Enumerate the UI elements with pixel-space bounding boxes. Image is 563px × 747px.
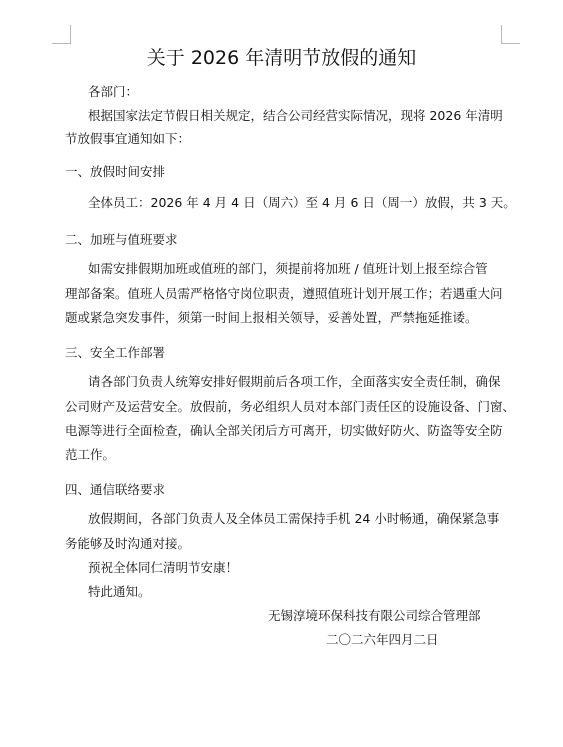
section-body-line: 全体员工：2026 年 4 月 4 日（周六）至 4 月 6 日（周一）放假，共…	[88, 194, 516, 212]
section-body-line: 请各部门负责人统筹安排好假期前后各项工作，全面落实安全责任制，确保	[88, 373, 501, 391]
section-body-line: 电源等进行全面检查，确认全部关闭后方可离开，切实做好防火、防盗等安全防	[65, 422, 503, 440]
document-title: 关于 2026 年清明节放假的通知	[0, 45, 563, 71]
salutation: 各部门：	[88, 83, 138, 101]
section-body-line: 范工作。	[65, 446, 115, 464]
closing-notice: 特此通知。	[88, 583, 151, 601]
intro-line-2: 节放假事宜通知如下：	[65, 130, 190, 148]
section-heading: 一、放假时间安排	[65, 163, 165, 181]
section-heading: 二、加班与值班要求	[65, 231, 178, 249]
signature-date: 二〇二六年四月二日	[326, 631, 439, 649]
intro-line-1: 根据国家法定节假日相关规定，结合公司经营实际情况，现将 2026 年清明	[88, 107, 503, 125]
section-body-line: 如需安排假期加班或值班的部门，须提前将加班 / 值班计划上报至综合管	[88, 260, 488, 278]
section-heading: 三、安全工作部署	[65, 344, 165, 362]
section-body-line: 放假期间，各部门负责人及全体员工需保持手机 24 小时畅通，确保紧急事	[88, 510, 499, 528]
closing-wish: 预祝全体同仁清明节安康！	[88, 559, 238, 577]
section-heading: 四、通信联络要求	[65, 481, 165, 499]
section-body-line: 题或紧急突发事件，须第一时间上报相关领导，妥善处置，严禁拖延推诿。	[65, 309, 478, 327]
section-body-line: 理部备案。值班人员需严格恪守岗位职责，遵照值班计划开展工作；若遇重大问	[65, 285, 503, 303]
section-body-line: 务能够及时沟通对接。	[65, 535, 190, 553]
signature-organization: 无锡淳境环保科技有限公司综合管理部	[268, 607, 481, 625]
section-body-line: 公司财产及运营安全。放假前，务必组织人员对本部门责任区的设施设备、门窗、	[65, 398, 515, 416]
